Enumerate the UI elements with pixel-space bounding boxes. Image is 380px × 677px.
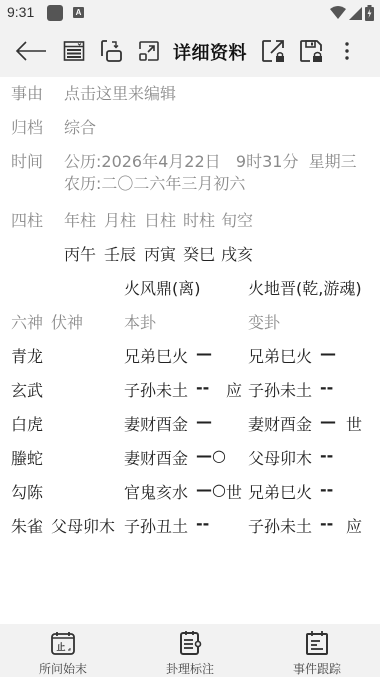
nav-label: 事件跟踪: [254, 660, 380, 677]
solar-date: 公历:2026年4月22日 9时31分 星期三: [64, 149, 357, 172]
bottom-nav: 止 所问始末 卦理标注 事件跟踪: [0, 624, 380, 677]
main-line: 官鬼亥水: [124, 480, 188, 503]
main-yao-symbol: —○: [196, 446, 226, 465]
page-title: 详细资料: [173, 39, 247, 65]
changed-header: 变卦: [248, 310, 280, 333]
pillars-label: 四柱: [11, 208, 43, 231]
pillar-header: 旬空: [221, 208, 253, 231]
pillar-header: 月柱: [104, 208, 136, 231]
changed-mark: 世: [346, 412, 362, 435]
liushen: 螣蛇: [11, 446, 43, 469]
main-line: 妻财酉金: [124, 412, 188, 435]
changed-yao-symbol: --: [320, 378, 333, 397]
pillar-value: 癸巳: [183, 242, 215, 265]
status-bar: 9:31 A: [0, 0, 380, 26]
battery-icon: [365, 5, 374, 21]
main-hexagram-name: 火风鼎(离): [124, 276, 201, 299]
fushen: 父母卯木: [51, 514, 115, 537]
changed-line: 父母卯木: [248, 446, 312, 469]
main-yao-symbol: —○: [196, 480, 226, 499]
changed-yao-symbol: --: [320, 514, 333, 533]
pillar-value: 丙寅: [144, 242, 176, 265]
save-lock-button[interactable]: [298, 38, 324, 64]
back-button[interactable]: [14, 38, 48, 64]
expand-button[interactable]: [136, 38, 162, 64]
wifi-icon: [330, 6, 346, 20]
main-line: 兄弟巳火: [124, 344, 188, 367]
calendar-notes-icon: [303, 629, 331, 657]
main-line: 妻财酉金: [124, 446, 188, 469]
pillar-value: 丙午: [64, 242, 96, 265]
nav-hexagram-notes[interactable]: 卦理标注: [127, 624, 253, 677]
calendar-list-icon: [63, 40, 85, 62]
main-yao-symbol: —: [196, 412, 212, 431]
top-toolbar: 详细资料: [0, 26, 380, 77]
lunar-date: 农历:二〇二六年三月初六: [64, 171, 245, 194]
archive-value[interactable]: 综合: [64, 115, 96, 138]
more-vert-icon: [344, 41, 350, 61]
back-arrow-icon: [15, 40, 47, 62]
liushen: 玄武: [11, 378, 43, 401]
pillar-value: 壬辰: [104, 242, 136, 265]
more-options-button[interactable]: [334, 38, 360, 64]
main-line: 子孙丑土: [124, 514, 188, 537]
calendar-stop-icon: 止: [49, 629, 77, 657]
changed-line: 子孙未土: [248, 378, 312, 401]
nav-event-tracking[interactable]: 事件跟踪: [254, 624, 380, 677]
main-header: 本卦: [124, 310, 156, 333]
share-lock-button[interactable]: [260, 38, 286, 64]
pillar-header: 时柱: [183, 208, 215, 231]
main-mark: 应: [226, 378, 242, 401]
changed-yao-symbol: —: [320, 412, 336, 431]
main-yao-symbol: —: [196, 344, 212, 363]
expand-icon: [137, 39, 161, 63]
liushen: 青龙: [11, 344, 43, 367]
details-content: 事由 点击这里来编辑 归档 综合 时间 公历:2026年4月22日 9时31分 …: [0, 77, 380, 624]
changed-line: 子孙未土: [248, 514, 312, 537]
changed-line: 兄弟巳火: [248, 480, 312, 503]
pillar-header: 日柱: [144, 208, 176, 231]
app-notification-icon: [47, 5, 63, 21]
status-time: 9:31: [7, 4, 34, 20]
liushen: 勾陈: [11, 480, 43, 503]
copy-switch-icon: [100, 39, 124, 63]
svg-text:止: 止: [56, 641, 65, 653]
pillar-value: 戌亥: [221, 242, 253, 265]
save-lock-icon: [298, 38, 324, 64]
changed-hexagram-name: 火地晋(乾,游魂): [248, 276, 362, 299]
signal-icon: [349, 7, 362, 20]
reason-value[interactable]: 点击这里来编辑: [64, 81, 176, 104]
nav-label: 所问始末: [0, 660, 126, 677]
share-lock-icon: [260, 38, 286, 64]
copy-switch-button[interactable]: [99, 38, 125, 64]
changed-yao-symbol: —: [320, 344, 336, 363]
changed-yao-symbol: --: [320, 480, 333, 499]
liushen-header: 六神: [11, 310, 43, 333]
changed-line: 妻财酉金: [248, 412, 312, 435]
fushen-header: 伏神: [51, 310, 83, 333]
calendar-list-button[interactable]: [61, 38, 87, 64]
pillar-header: 年柱: [64, 208, 96, 231]
main-yao-symbol: --: [196, 378, 209, 397]
changed-line: 兄弟巳火: [248, 344, 312, 367]
main-line: 子孙未土: [124, 378, 188, 401]
main-yao-symbol: --: [196, 514, 209, 533]
archive-label: 归档: [11, 115, 43, 138]
nav-inquiry-summary[interactable]: 止 所问始末: [0, 624, 126, 677]
reason-label: 事由: [11, 81, 43, 104]
liushen: 白虎: [11, 412, 43, 435]
time-label: 时间: [11, 149, 43, 172]
nav-label: 卦理标注: [127, 660, 253, 677]
changed-mark: 应: [346, 514, 362, 537]
a-notification-icon: A: [73, 7, 84, 18]
changed-yao-symbol: --: [320, 446, 333, 465]
main-mark: 世: [226, 480, 242, 503]
liushen: 朱雀: [11, 514, 43, 537]
notes-edit-icon: [176, 629, 204, 657]
